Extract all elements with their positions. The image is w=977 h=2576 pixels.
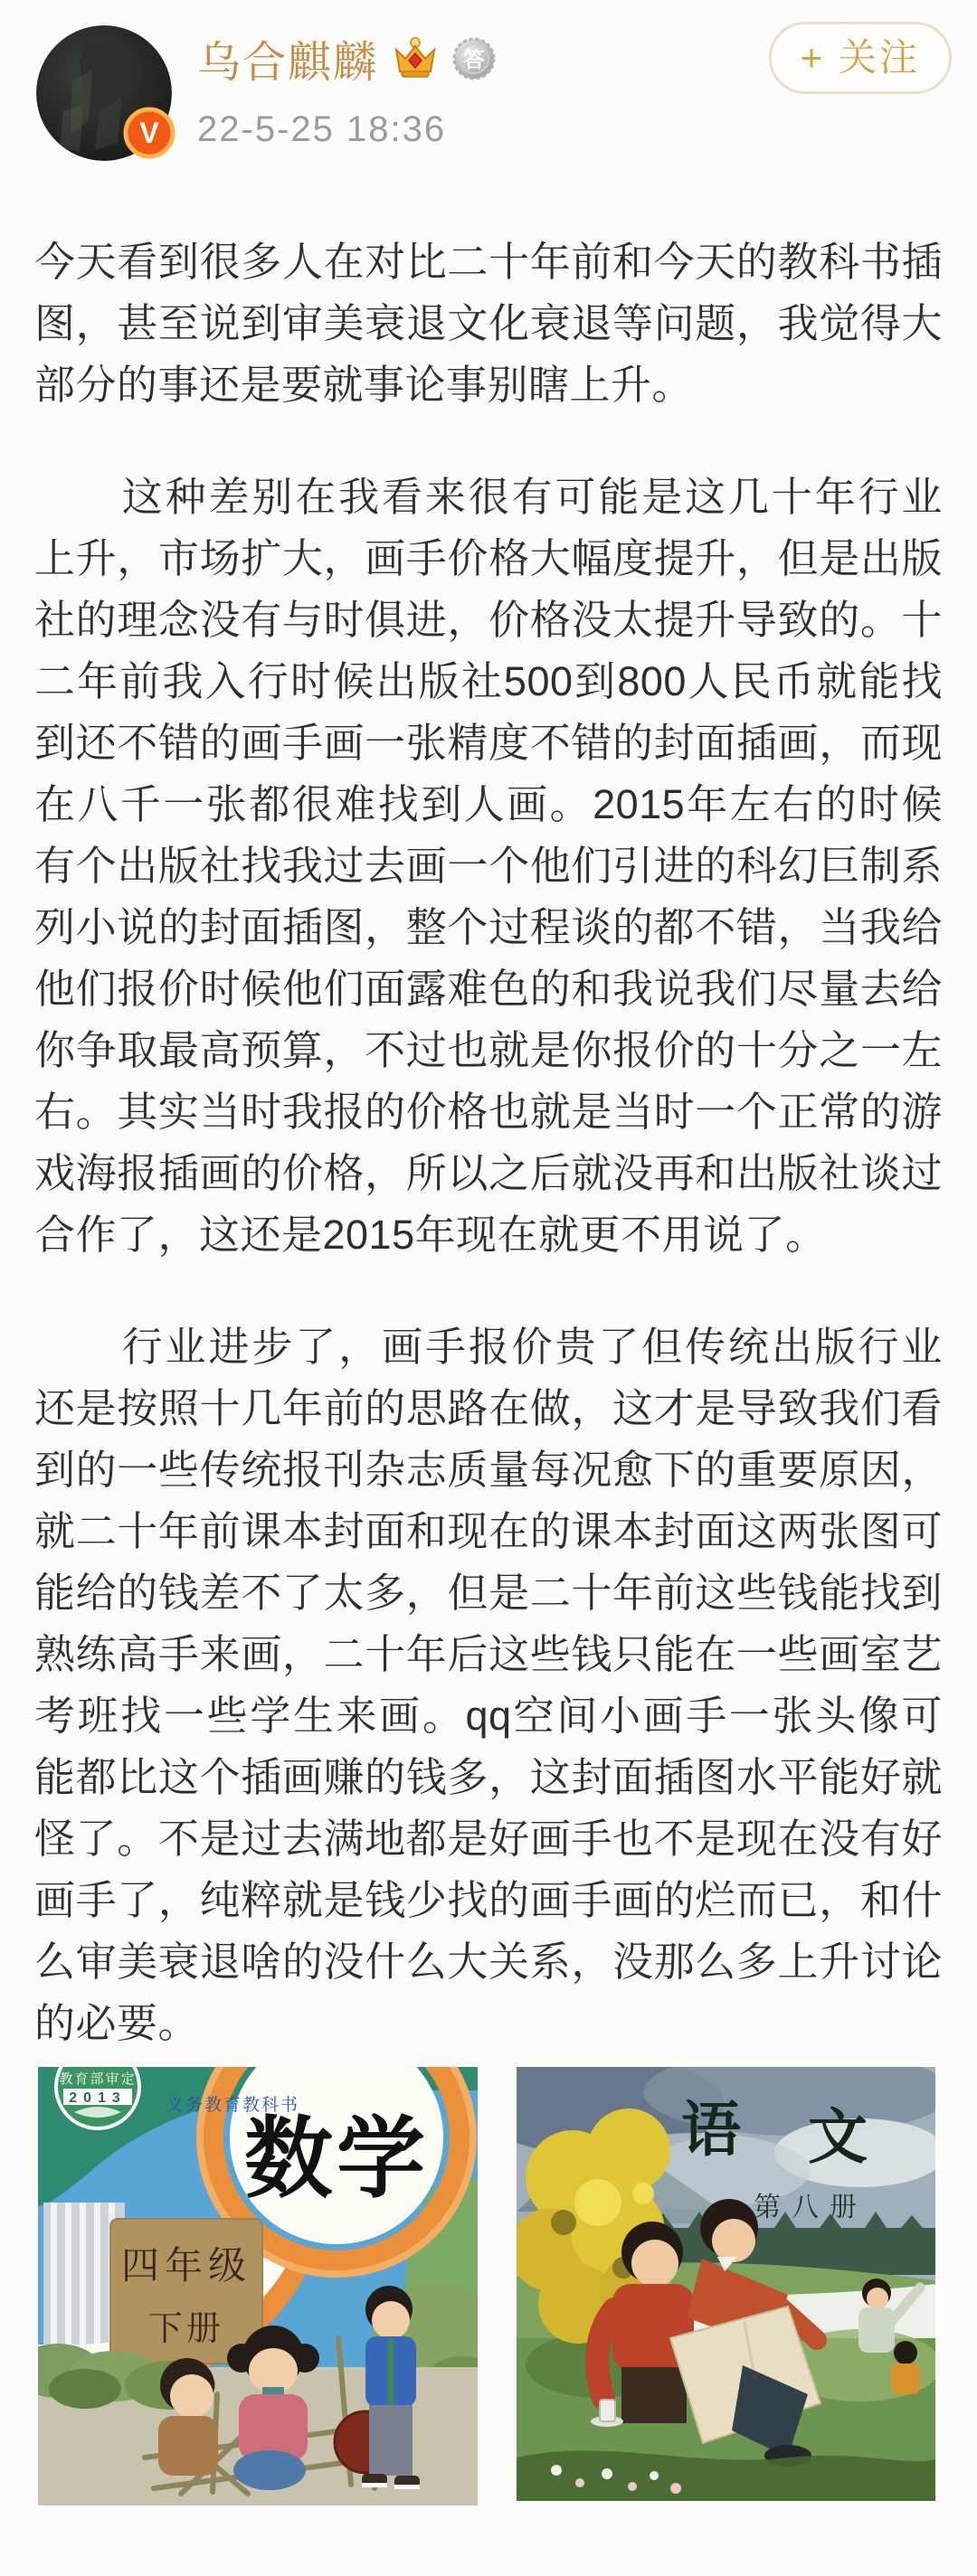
- svg-text:下册: 下册: [148, 2310, 224, 2348]
- post-images: 数学 教育部审定 2013 义务教育教科书 四年级 下册: [0, 2067, 977, 2505]
- follow-button[interactable]: + 关注: [769, 22, 952, 94]
- timestamp: 22-5-25 18:36: [197, 109, 496, 150]
- post-paragraph-2: 这种差别在我看来很有可能是这几十年行业上升，市场扩大，画手价格大幅度提升，但是出…: [34, 467, 943, 1266]
- svg-text:教育部审定: 教育部审定: [59, 2071, 136, 2087]
- svg-text:数学: 数学: [244, 2109, 429, 2208]
- identity-block: 乌合麒麟 答 22-5-25 18:36: [197, 27, 496, 150]
- svg-text:V: V: [139, 117, 159, 149]
- math-cover-boy-right: [362, 2286, 420, 2489]
- chinese-cover-art: 语 文 第八册: [517, 2067, 935, 2501]
- post-body: 今天看到很多人在对比二十年前和今天的教科书插图，甚至说到审美衰退文化衰退等问题，…: [0, 231, 977, 2054]
- avatar[interactable]: V: [36, 25, 172, 161]
- post-image-math-textbook[interactable]: 数学 教育部审定 2013 义务教育教科书 四年级 下册: [38, 2067, 478, 2505]
- math-cover-art: 数学 教育部审定 2013 义务教育教科书 四年级 下册: [38, 2067, 478, 2505]
- vip-crown-icon: [391, 37, 440, 80]
- post-header: V 乌合麒麟 答 22-5-25: [0, 0, 977, 186]
- post-image-chinese-textbook[interactable]: 语 文 第八册: [517, 2067, 935, 2501]
- svg-text:义务教育教科书: 义务教育教科书: [166, 2095, 299, 2115]
- username[interactable]: 乌合麒麟: [197, 27, 378, 90]
- svg-text:语: 语: [681, 2096, 741, 2163]
- svg-text:文: 文: [808, 2103, 868, 2170]
- post-paragraph-3: 行业进步了，画手报价贵了但传统出版行业还是按照十几年前的思路在做，这才是导致我们…: [34, 1316, 943, 2054]
- svg-text:答: 答: [463, 48, 485, 72]
- answer-badge-icon: 答: [452, 37, 496, 80]
- svg-text:四年级: 四年级: [121, 2244, 251, 2287]
- svg-text:第八册: 第八册: [754, 2193, 868, 2222]
- post-paragraph-1: 今天看到很多人在对比二十年前和今天的教科书插图，甚至说到审美衰退文化衰退等问题，…: [34, 231, 943, 416]
- svg-text:2013: 2013: [69, 2090, 127, 2106]
- verified-icon: V: [123, 107, 175, 159]
